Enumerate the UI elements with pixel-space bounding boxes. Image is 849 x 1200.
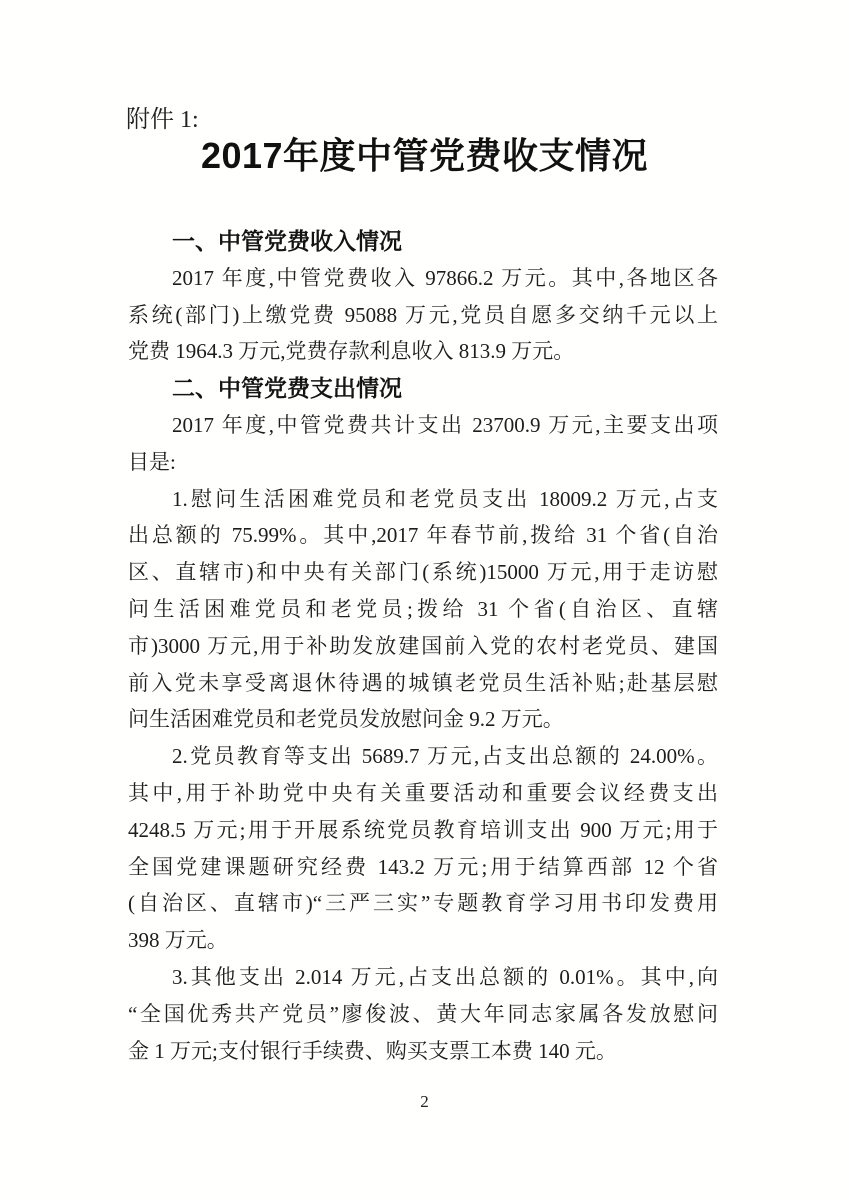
text-line: 党费 1964.3 万元,党费存款利息收入 813.9 万元。 (128, 333, 718, 370)
text-line: 出总额的 75.99%。其中,2017 年春节前,拨给 31 个省(自治 (128, 517, 718, 554)
text-line: 2.党员教育等支出 5689.7 万元,占支出总额的 24.00%。 (128, 738, 718, 775)
text-line: 市)3000 万元,用于补助发放建国前入党的农村老党员、建国 (128, 628, 718, 665)
text-line: 398 万元。 (128, 922, 718, 959)
text-line: 3.其他支出 2.014 万元,占支出总额的 0.01%。其中,向 (128, 959, 718, 996)
text-line: 问生活困难党员和老党员;拨给 31 个省(自治区、直辖 (128, 591, 718, 628)
text-line: 2017 年度,中管党费共计支出 23700.9 万元,主要支出项 (128, 407, 718, 444)
text-line: 系统(部门)上缴党费 95088 万元,党员自愿多交纳千元以上 (128, 297, 718, 334)
text-line: (自治区、直辖市)“三严三实”专题教育学习用书印发费用 (128, 885, 718, 922)
text-line: 问生活困难党员和老党员发放慰问金 9.2 万元。 (128, 701, 718, 738)
section-heading-expenditure: 二、中管党费支出情况 (128, 370, 718, 407)
text-line: 1.慰问生活困难党员和老党员支出 18009.2 万元,占支 (128, 481, 718, 518)
page-number: 2 (0, 1092, 849, 1112)
text-line: 区、直辖市)和中央有关部门(系统)15000 万元,用于走访慰 (128, 554, 718, 591)
text-line: 金 1 万元;支付银行手续费、购买支票工本费 140 元。 (128, 1033, 718, 1070)
section-heading-income: 一、中管党费收入情况 (128, 223, 718, 260)
body-text-block: 一、中管党费收入情况 2017 年度,中管党费收入 97866.2 万元。其中,… (128, 223, 718, 1069)
page-title: 2017年度中管党费收支情况 (0, 132, 849, 180)
document-page: 附件 1: 2017年度中管党费收支情况 一、中管党费收入情况 2017 年度,… (0, 0, 849, 1200)
text-line: 全国党建课题研究经费 143.2 万元;用于结算西部 12 个省 (128, 849, 718, 886)
text-line: 其中,用于补助党中央有关重要活动和重要会议经费支出 (128, 775, 718, 812)
text-line: 目是: (128, 444, 718, 481)
text-line: 2017 年度,中管党费收入 97866.2 万元。其中,各地区各 (128, 260, 718, 297)
text-line: “全国优秀共产党员”廖俊波、黄大年同志家属各发放慰问 (128, 996, 718, 1033)
text-line: 前入党未享受离退休待遇的城镇老党员生活补贴;赴基层慰 (128, 665, 718, 702)
text-line: 4248.5 万元;用于开展系统党员教育培训支出 900 万元;用于 (128, 812, 718, 849)
